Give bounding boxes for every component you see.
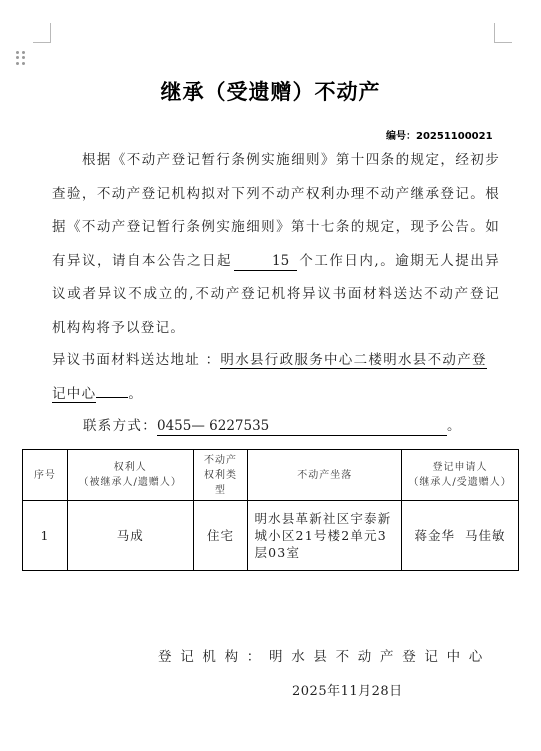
- document-number-value: 20251100021: [416, 131, 493, 142]
- cell-applicant: 蒋金华 马佳敏: [402, 501, 519, 571]
- objection-days-field: 15: [234, 252, 297, 271]
- header-applicant-line1: 登记申请人: [402, 460, 518, 475]
- registration-authority: 登记机构：明水县不动产登记中心: [158, 645, 491, 665]
- header-owner-line1: 权利人: [68, 460, 193, 475]
- cell-owner: 马成: [67, 501, 193, 571]
- objection-address-paragraph: 异议书面材料送达地址 ：明水县行政服务中心二楼明水县不动产登记中心。: [52, 344, 500, 411]
- document-number: 编号：20251100021: [386, 127, 493, 142]
- address-underline-filler: [96, 397, 128, 398]
- table-row: 1 马成 住宅 明水县革新社区宇泰新城小区21号楼2单元3层03室 蒋金华 马佳…: [23, 501, 519, 571]
- announcement-paragraph: 根据《不动产登记暂行条例实施细则》第十四条的规定，经初步查验，不动产登记机构拟对…: [52, 144, 500, 345]
- document-number-label: 编号：: [386, 131, 416, 142]
- announcement-date: 2025年11月28日: [292, 680, 403, 699]
- contact-line: 联系方式：0455— 6227535。: [83, 414, 462, 436]
- table-header-row: 序号 权利人 （被继承人/遗赠人） 不动产权利类型 不动产坐落 登记申请人 （继…: [23, 450, 519, 501]
- objection-address-label: 异议书面材料送达地址 ：: [52, 352, 220, 368]
- contact-phone: 0455— 6227535: [157, 417, 447, 436]
- header-owner: 权利人 （被继承人/遗赠人）: [67, 450, 193, 501]
- contact-end: 。: [447, 418, 462, 434]
- header-applicant-line2: （继承人/受遗赠人）: [402, 475, 518, 490]
- cell-location: 明水县革新社区宇泰新城小区21号楼2单元3层03室: [248, 501, 402, 571]
- page-corner-mark-top-right: [494, 23, 512, 43]
- header-owner-line2: （被继承人/遗赠人）: [68, 475, 193, 490]
- header-seq: 序号: [23, 450, 68, 501]
- cell-seq: 1: [23, 501, 68, 571]
- header-location: 不动产坐落: [248, 450, 402, 501]
- header-applicant: 登记申请人 （继承人/受遗赠人）: [402, 450, 519, 501]
- contact-label: 联系方式：: [83, 418, 157, 434]
- header-type: 不动产权利类型: [193, 450, 248, 501]
- document-title: 继承（受遗赠）不动产: [0, 76, 541, 106]
- drag-handle-icon[interactable]: [16, 51, 25, 65]
- page-corner-mark-top-left: [33, 23, 51, 43]
- cell-type: 住宅: [193, 501, 248, 571]
- property-table: 序号 权利人 （被继承人/遗赠人） 不动产权利类型 不动产坐落 登记申请人 （继…: [22, 449, 519, 571]
- objection-address-end: 。: [128, 386, 143, 402]
